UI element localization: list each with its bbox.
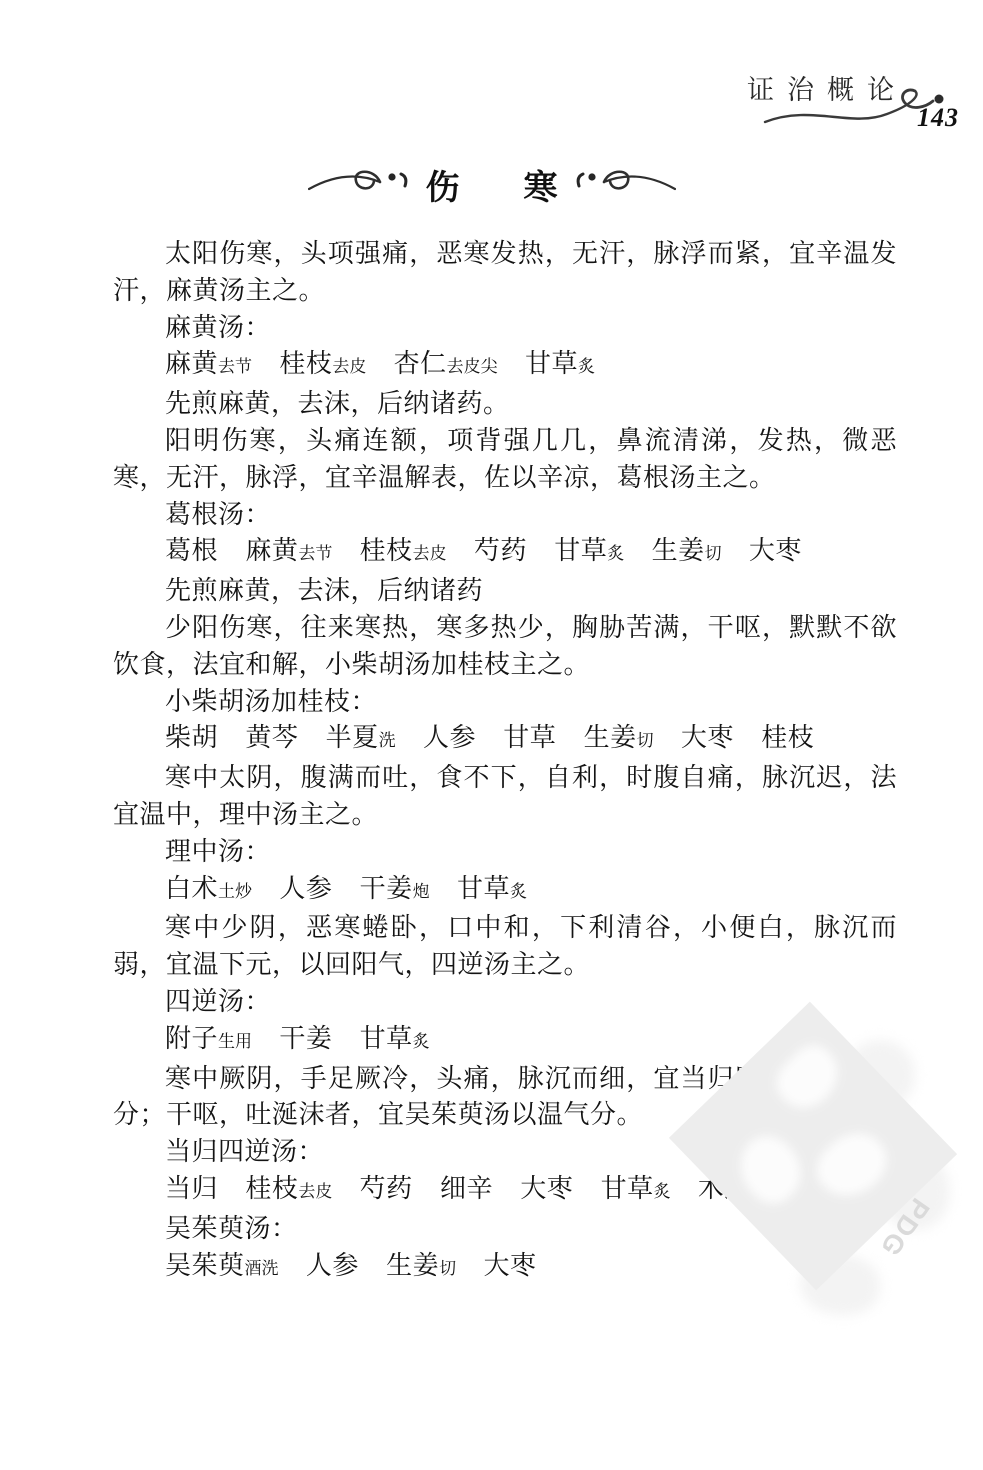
chapter-title-row: 伤寒	[0, 160, 983, 209]
ingredient-item: 人参	[279, 874, 332, 903]
ingredient-name: 白术	[165, 874, 218, 903]
ingredient-name: 大枣	[681, 723, 734, 752]
ingredient-note: 酒洗	[245, 1259, 279, 1278]
ingredient-line: 麻黄去节桂枝去皮杏仁去皮尖甘草炙	[113, 346, 897, 386]
ingredient-name: 生姜	[584, 723, 637, 752]
ingredient-item: 生姜切	[584, 723, 654, 752]
ingredient-note: 土炒	[218, 882, 252, 901]
paragraph: 先煎麻黄，去沫，后纳诸药	[113, 573, 897, 610]
ingredient-item: 杏仁去皮尖	[394, 349, 498, 378]
ingredient-item: 葛根	[165, 536, 218, 565]
ingredient-item: 生姜切	[652, 536, 722, 565]
ingredient-item: 当归	[165, 1174, 218, 1203]
paragraph: 寒中太阴，腹满而吐，食不下，自利，时腹自痛，脉沉迟，法宜温中，理中汤主之。	[113, 760, 897, 834]
paragraph: 先煎麻黄，去沫，后纳诸药。	[113, 386, 897, 423]
ingredient-name: 芍药	[360, 1174, 413, 1203]
ingredient-name: 甘草	[601, 1174, 654, 1203]
ingredient-item: 大枣	[483, 1251, 536, 1280]
ingredient-name: 甘草	[525, 349, 578, 378]
ingredient-item: 甘草炙	[601, 1174, 671, 1203]
scanned-page: 证治概论 143 伤寒 太阳伤寒，头项强痛，恶寒发热，无汗，脉浮而紧，宜辛温发汗…	[0, 0, 983, 1470]
ingredient-item: 半夏洗	[326, 723, 396, 752]
ingredient-item: 附子生用	[165, 1024, 252, 1053]
ingredient-item: 干姜	[279, 1024, 332, 1053]
ingredient-item: 吴茱萸酒洗	[165, 1251, 279, 1280]
ingredient-item: 干姜炮	[360, 874, 430, 903]
ingredient-note: 切	[439, 1259, 456, 1278]
ingredient-item: 甘草炙	[554, 536, 624, 565]
watermark-glyph-blob	[726, 1125, 814, 1213]
ingredient-note: 切	[637, 731, 654, 750]
ingredient-item: 柴胡	[165, 723, 218, 752]
ingredient-item: 人参	[423, 723, 476, 752]
ingredient-name: 细辛	[440, 1174, 493, 1203]
ingredient-item: 大枣	[749, 536, 802, 565]
ingredient-name: 麻黄	[165, 349, 218, 378]
ingredient-name: 葛根	[165, 536, 218, 565]
ingredient-note: 去节	[298, 544, 332, 563]
ingredient-note: 炙	[654, 1182, 671, 1201]
ingredient-item: 麻黄去节	[245, 536, 332, 565]
ingredient-note: 去皮	[332, 357, 366, 376]
watermark-glyph-blob	[767, 1037, 849, 1119]
watermark-glyph-blob	[807, 1120, 898, 1210]
paragraph: 麻黄汤：	[113, 310, 897, 347]
ingredient-item: 芍药	[360, 1174, 413, 1203]
paragraph: 太阳伤寒，头项强痛，恶寒发热，无汗，脉浮而紧，宜辛温发汗，麻黄汤主之。	[113, 236, 897, 310]
ingredient-note: 炙	[607, 544, 624, 563]
ingredient-name: 生姜	[386, 1251, 439, 1280]
ingredient-name: 甘草	[554, 536, 607, 565]
ingredient-name: 当归	[165, 1174, 218, 1203]
ingredient-name: 人参	[423, 723, 476, 752]
ingredient-name: 人参	[279, 874, 332, 903]
ingredient-item: 甘草炙	[525, 349, 595, 378]
ingredient-item: 桂枝	[761, 723, 814, 752]
ingredient-note: 去皮	[413, 544, 447, 563]
ingredient-item: 桂枝去皮	[279, 349, 366, 378]
ingredient-item: 大枣	[520, 1174, 573, 1203]
page-number: 143	[917, 103, 959, 133]
ingredient-name: 生姜	[652, 536, 705, 565]
ingredient-item: 人参	[306, 1251, 359, 1280]
ingredient-name: 甘草	[360, 1024, 413, 1053]
ingredient-note: 去皮	[298, 1182, 332, 1201]
paragraph: 葛根汤：	[113, 497, 897, 534]
ingredient-name: 杏仁	[394, 349, 447, 378]
ingredient-name: 甘草	[457, 874, 510, 903]
ingredient-name: 干姜	[279, 1024, 332, 1053]
ingredient-note: 炙	[413, 1032, 430, 1051]
ingredient-item: 甘草炙	[457, 874, 527, 903]
title-flourish-right-icon	[564, 163, 676, 207]
ingredient-item: 黄芩	[245, 723, 298, 752]
ingredient-note: 去节	[218, 357, 252, 376]
ingredient-name: 干姜	[360, 874, 413, 903]
ingredient-item: 桂枝去皮	[360, 536, 447, 565]
ingredient-name: 吴茱萸	[165, 1251, 245, 1280]
ingredient-item: 白术土炒	[165, 874, 252, 903]
paragraph: 理中汤：	[113, 834, 897, 871]
ingredient-item: 芍药	[474, 536, 527, 565]
ingredient-name: 大枣	[749, 536, 802, 565]
ingredient-item: 甘草炙	[360, 1024, 430, 1053]
paragraph: 四逆汤：	[113, 984, 897, 1021]
ingredient-line: 白术土炒人参干姜炮甘草炙	[113, 871, 897, 911]
ingredient-name: 柴胡	[165, 723, 218, 752]
ingredient-name: 甘草	[503, 723, 556, 752]
title-flourish-left-icon	[308, 163, 420, 207]
ingredient-item: 桂枝去皮	[245, 1174, 332, 1203]
ingredient-name: 黄芩	[245, 723, 298, 752]
ingredient-note: 炙	[578, 357, 595, 376]
ingredient-note: 炮	[413, 882, 430, 901]
paragraph: 寒中少阴，恶寒蜷卧，口中和，下利清谷，小便白，脉沉而弱，宜温下元，以回阳气，四逆…	[113, 910, 897, 984]
ingredient-name: 桂枝	[279, 349, 332, 378]
ingredient-item: 麻黄去节	[165, 349, 252, 378]
ingredient-name: 桂枝	[761, 723, 814, 752]
ingredient-name: 大枣	[483, 1251, 536, 1280]
paragraph: 少阳伤寒，往来寒热，寒多热少，胸胁苦满，干呕，默默不欲饮食，法宜和解，小柴胡汤加…	[113, 610, 897, 684]
ingredient-name: 半夏	[326, 723, 379, 752]
ingredient-note: 洗	[379, 731, 396, 750]
ingredient-name: 麻黄	[245, 536, 298, 565]
ingredient-item: 细辛	[440, 1174, 493, 1203]
ingredient-item: 甘草	[503, 723, 556, 752]
ingredient-name: 芍药	[474, 536, 527, 565]
ingredient-name: 人参	[306, 1251, 359, 1280]
ingredient-line: 葛根麻黄去节桂枝去皮芍药甘草炙生姜切大枣	[113, 533, 897, 573]
ingredient-name: 桂枝	[360, 536, 413, 565]
paragraph: 小柴胡汤加桂枝：	[113, 684, 897, 721]
ingredient-note: 生用	[218, 1032, 252, 1051]
ingredient-item: 大枣	[681, 723, 734, 752]
ingredient-line: 吴茱萸酒洗人参生姜切大枣	[113, 1248, 897, 1288]
ingredient-line: 柴胡黄芩半夏洗人参甘草生姜切大枣桂枝	[113, 720, 897, 760]
ingredient-name: 桂枝	[245, 1174, 298, 1203]
ingredient-name: 大枣	[520, 1174, 573, 1203]
ingredient-note: 切	[705, 544, 722, 563]
ingredient-item: 生姜切	[386, 1251, 456, 1280]
ingredient-note: 去皮尖	[447, 357, 498, 376]
paragraph: 阳明伤寒，头痛连额，项背强几几，鼻流清涕，发热，微恶寒，无汗，脉浮，宜辛温解表，…	[113, 423, 897, 497]
ingredient-name: 附子	[165, 1024, 218, 1053]
ingredient-note: 炙	[510, 882, 527, 901]
